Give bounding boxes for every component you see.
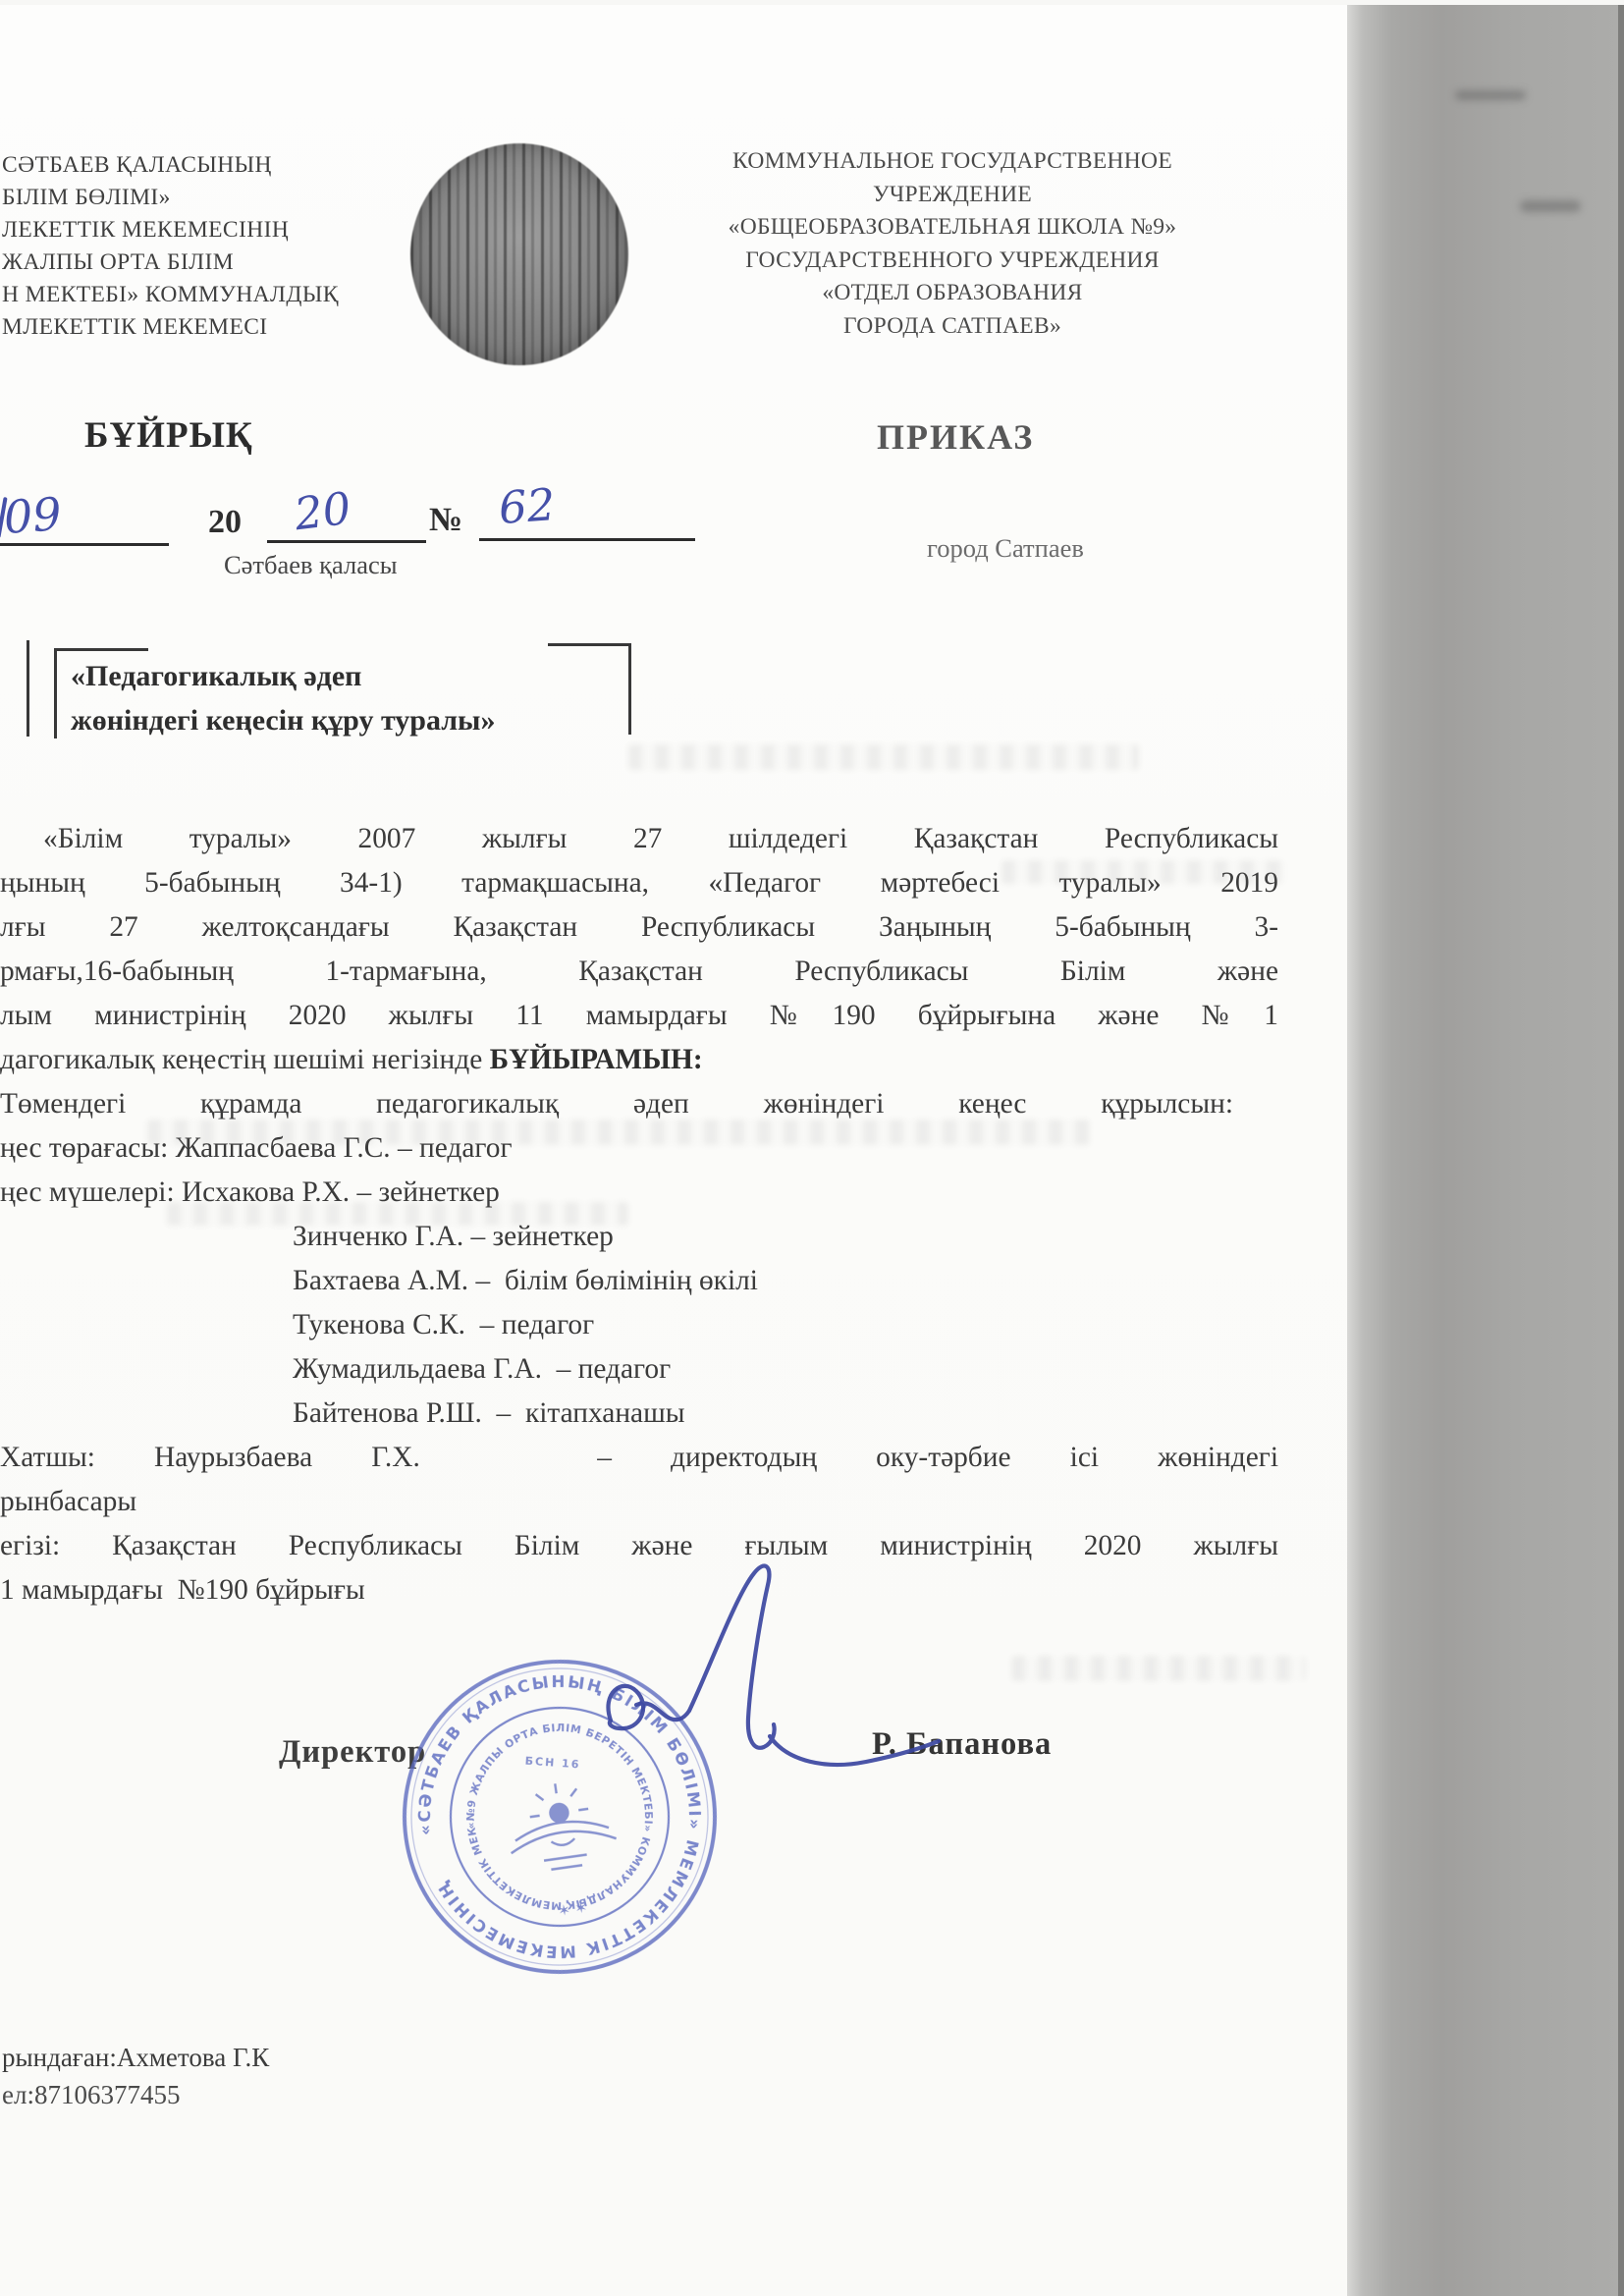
number-sign: № bbox=[429, 502, 462, 539]
body-text: дагогикалық кеңестің шешімі негізінде bbox=[0, 1044, 490, 1075]
letterhead-line: «ОТДЕЛ ОБРАЗОВАНИЯ bbox=[628, 277, 1276, 310]
year-prefix: 20 bbox=[208, 504, 242, 541]
body-line: рмағы,16-бабының 1-тармағына, Қазақстан … bbox=[0, 950, 1278, 994]
order-title-russian: ПРИКАЗ bbox=[877, 416, 1034, 458]
phone-line: ел:87106377455 bbox=[2, 2080, 180, 2110]
letterhead-line: БІЛІМ БӨЛІМІ» bbox=[2, 182, 454, 214]
bleed-through-artifact bbox=[147, 1120, 1090, 1145]
handwritten-date: 09 bbox=[2, 487, 63, 544]
body-line: дагогикалық кеңестің шешімі негізінде БҰ… bbox=[0, 1038, 1278, 1082]
bleed-through-artifact bbox=[1011, 1656, 1306, 1681]
order-title-kazakh: БҰЙРЫҚ bbox=[84, 414, 253, 457]
letterhead-line: ГОСУДАРСТВЕННОГО УЧРЕЖДЕНИЯ bbox=[628, 245, 1276, 278]
letterhead-line: «ОБЩЕОБРАЗОВАТЕЛЬНАЯ ШКОЛА №9» bbox=[628, 211, 1276, 245]
handwritten-year: 20 bbox=[292, 482, 353, 541]
letterhead-line: МЛЕКЕТТІК МЕКЕМЕСІ bbox=[2, 311, 454, 344]
subject-line: «Педагогикалық әдеп bbox=[71, 654, 495, 698]
council-member-line: Тукенова С.К. – педагог bbox=[0, 1303, 1278, 1347]
stamp-stars: ✶ ✶ bbox=[557, 1898, 588, 1920]
scanned-document-page: СӘТБАЕВ ҚАЛАСЫНЫҢ БІЛІМ БӨЛІМІ» ЛЕКЕТТІК… bbox=[0, 0, 1624, 2296]
council-member-line: Байтенова Р.Ш. – кітапханашы bbox=[0, 1392, 1278, 1436]
executor-line: рындаған:Ахметова Г.К bbox=[2, 2043, 269, 2073]
subject-box-border bbox=[628, 643, 631, 735]
date-underline bbox=[0, 543, 169, 546]
letterhead-kazakh: СӘТБАЕВ ҚАЛАСЫНЫҢ БІЛІМ БӨЛІМІ» ЛЕКЕТТІК… bbox=[2, 149, 454, 344]
letterhead-line: ЖАЛПЫ ОРТА БІЛІМ bbox=[2, 246, 454, 279]
body-line: лым министрінің 2020 жылғы 11 мамырдағы … bbox=[0, 994, 1278, 1038]
order-subject: «Педагогикалық әдеп жөніндегі кеңесін құ… bbox=[71, 654, 495, 742]
subject-box-border bbox=[54, 648, 57, 738]
subject-box-border bbox=[548, 643, 631, 646]
place-name-kazakh: Сәтбаев қаласы bbox=[224, 550, 398, 580]
subject-box-tick bbox=[27, 640, 29, 737]
body-line: лғы 27 желтоқсандағы Қазақстан Республик… bbox=[0, 905, 1278, 950]
handwritten-order-number: 62 bbox=[497, 478, 557, 534]
letterhead-line: СӘТБАЕВ ҚАЛАСЫНЫҢ bbox=[2, 149, 454, 182]
bleed-through-artifact bbox=[1001, 860, 1286, 884]
year-underline bbox=[267, 540, 426, 543]
subject-box-border bbox=[54, 648, 148, 651]
school-emblem-image bbox=[410, 143, 628, 365]
secretary-line: рынбасары bbox=[0, 1480, 1278, 1524]
subject-line: жөніндегі кеңесін құру туралы» bbox=[71, 698, 495, 742]
bleed-through-artifact bbox=[167, 1202, 628, 1226]
letterhead-line: ГОРОДА САТПАЕВ» bbox=[628, 310, 1276, 344]
number-underline bbox=[479, 538, 695, 541]
body-line: «Білім туралы» 2007 жылғы 27 шілдедегі Қ… bbox=[0, 817, 1278, 861]
letterhead-line: ЛЕКЕТТІК МЕКЕМЕСІНІҢ bbox=[2, 214, 454, 246]
secretary-line: Хатшы: Наурызбаева Г.Х. – директодың оку… bbox=[0, 1436, 1278, 1480]
council-member-line: Жумадильдаева Г.А. – педагог bbox=[0, 1347, 1278, 1392]
bleed-through-artifact bbox=[628, 744, 1139, 770]
director-signature bbox=[569, 1554, 982, 1819]
council-member-line: Бахтаева А.М. – білім бөлімінің өкілі bbox=[0, 1259, 1278, 1303]
signature-strokes bbox=[569, 1554, 982, 1819]
letterhead-line: УЧРЕЖДЕНИЕ bbox=[628, 179, 1276, 212]
letterhead-line: КОММУНАЛЬНОЕ ГОСУДАРСТВЕННОЕ bbox=[628, 145, 1276, 179]
letterhead-line: Н МЕКТЕБІ» КОММУНАЛДЫҚ bbox=[2, 279, 454, 311]
order-keyword: БҰЙЫРАМЫН: bbox=[490, 1044, 703, 1075]
letterhead-russian: КОММУНАЛЬНОЕ ГОСУДАРСТВЕННОЕ УЧРЕЖДЕНИЕ … bbox=[628, 145, 1276, 343]
place-name-russian: город Сатпаев bbox=[927, 533, 1084, 564]
